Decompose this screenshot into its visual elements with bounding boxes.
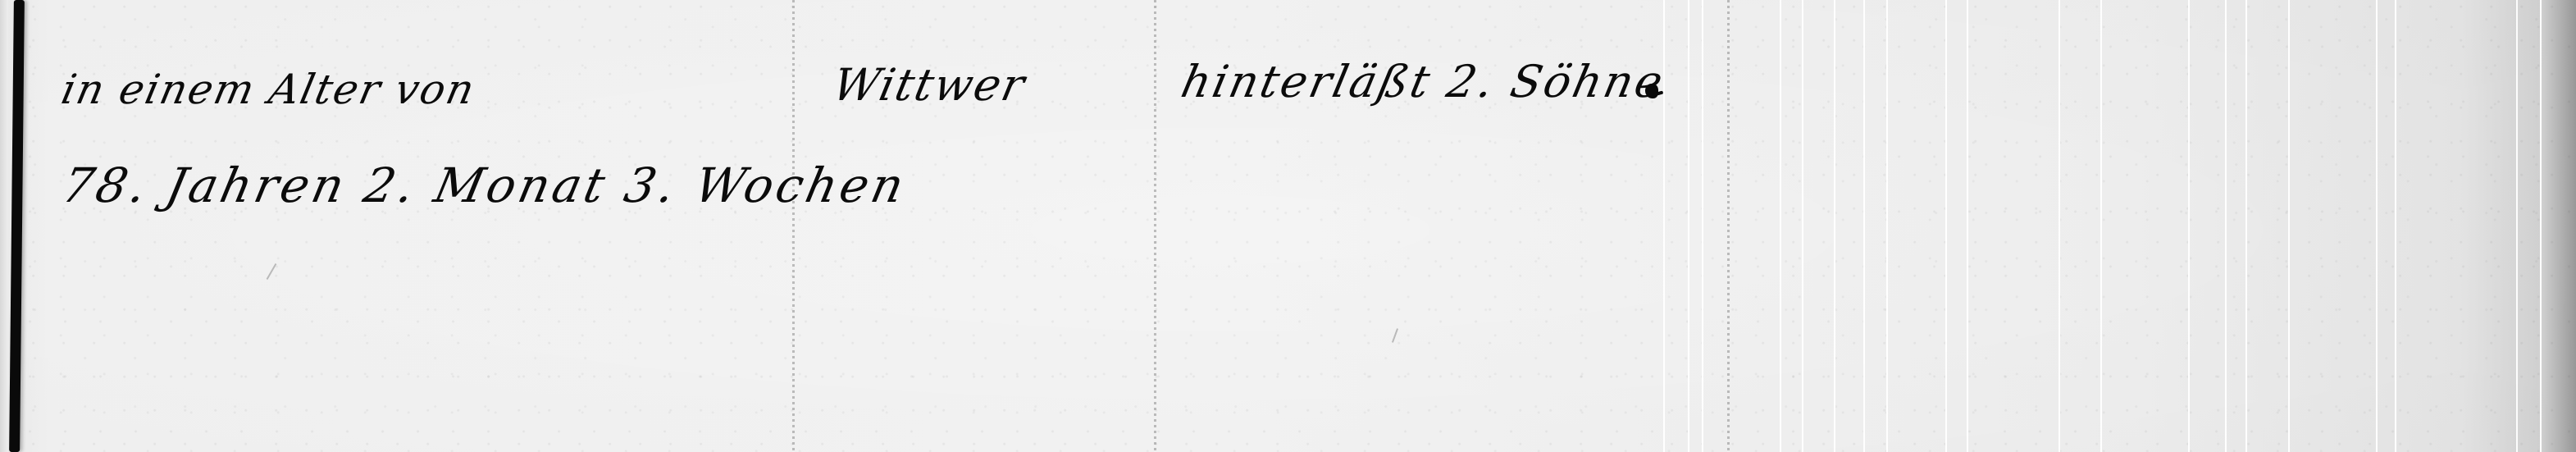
- column-divider-2: [1154, 0, 1156, 452]
- scan-streak: [1702, 0, 1703, 452]
- scan-streak: [1967, 0, 1968, 452]
- scan-streak: [2516, 0, 2518, 452]
- scan-streak: [2188, 0, 2190, 452]
- column-divider-3: [1727, 0, 1730, 452]
- scan-streak: [1802, 0, 1803, 452]
- scan-streak: [2288, 0, 2290, 452]
- scan-streak: [2245, 0, 2247, 452]
- scan-streak: [2225, 0, 2227, 452]
- age-line-1: in einem Alter von: [57, 66, 480, 113]
- scan-streak: [2100, 0, 2102, 452]
- scan-streak: [1863, 0, 1865, 452]
- scan-streak: [2376, 0, 2378, 452]
- scan-streak: [1834, 0, 1835, 452]
- ink-blot: [1645, 84, 1658, 98]
- age-line-2: 78. Jahren 2. Monat 3. Wochen: [57, 158, 912, 213]
- scanned-page: in einem Alter von 78. Jahren 2. Monat 3…: [0, 0, 2576, 452]
- scan-streak: [1688, 0, 1689, 452]
- scan-streak: [1945, 0, 1947, 452]
- page-left-edge: [0, 0, 8, 452]
- scan-streak: [2395, 0, 2396, 452]
- column-divider-1: [792, 0, 795, 452]
- marital-status-text: Wittwer: [828, 59, 1031, 111]
- scan-streak: [1886, 0, 1888, 452]
- survivors-text: hinterläßt 2. Söhne: [1177, 56, 1670, 107]
- scan-streak: [2059, 0, 2060, 452]
- scan-streak: [1780, 0, 1781, 452]
- scan-streak: [2540, 0, 2542, 452]
